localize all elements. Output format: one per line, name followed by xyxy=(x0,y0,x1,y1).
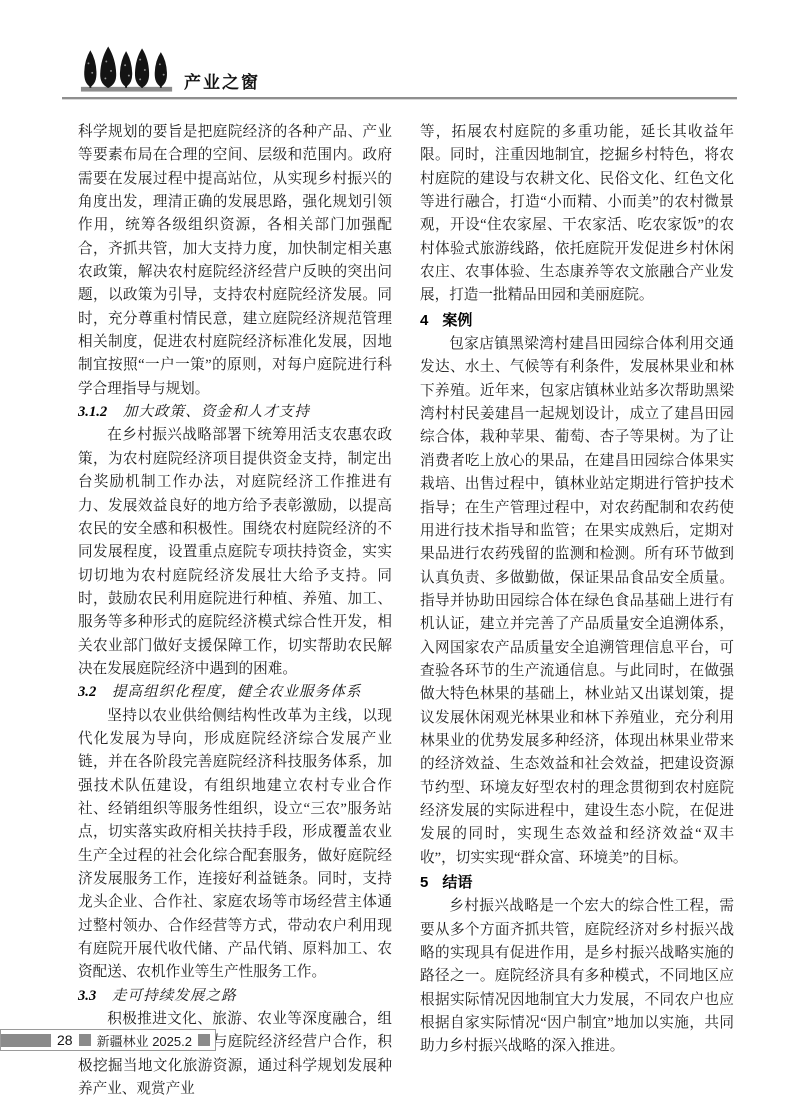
footer-bar xyxy=(1,1034,51,1047)
page-number: 28 xyxy=(57,1032,73,1048)
journal-issue: 新疆林业 2025.2 xyxy=(97,1031,192,1050)
section-heading-5: 5结语 xyxy=(420,871,734,894)
paragraph: 坚持以农业供给侧结构性改革为主线，以现代化发展为导向，形成庭院经济综合发展产业链… xyxy=(78,705,392,985)
paragraph: 包家店镇黑梁湾村建昌田园综合体利用交通发达、水土、气候等有利条件，发展林果业和林… xyxy=(420,333,734,870)
masthead-title: 产业之窗 xyxy=(184,74,260,94)
section-heading-3-3: 3.3 走可持续发展之路 xyxy=(78,985,392,1008)
section-number: 4 xyxy=(420,312,428,329)
section-number: 5 xyxy=(420,874,428,891)
section-heading-3-2: 3.2 提高组织化程度，健全农业服务体系 xyxy=(78,681,392,704)
section-title: 提高组织化程度，健全农业服务体系 xyxy=(112,684,362,700)
footer-square-icon xyxy=(79,1034,91,1046)
section-heading-3-1-2: 3.1.2 加大政策、资金和人才支持 xyxy=(78,401,392,424)
paragraph: 在乡村振兴战略部署下统筹用活支农惠农政策，为农村庭院经济项目提供资金支持，制定出… xyxy=(78,424,392,681)
section-number: 3.3 xyxy=(78,988,96,1004)
section-title: 走可持续发展之路 xyxy=(112,988,237,1004)
article-body: 科学规划的要旨是把庭院经济的各种产品、产业等要素布局在合理的空间、层级和范围内。… xyxy=(78,121,734,1099)
paragraph: 积极推进文化、旅游、农业等深度融合，组织动员文旅经营主体与庭院经济经营户合作，积… xyxy=(78,1008,392,1099)
section-number: 3.2 xyxy=(78,684,96,700)
section-title: 案例 xyxy=(442,312,472,329)
left-column: 科学规划的要旨是把庭院经济的各种产品、产业等要素布局在合理的空间、层级和范围内。… xyxy=(78,121,392,1099)
right-column: 等，拓展农村庭院的多重功能，延长其收益年限。同时，注重因地制宜，挖掘乡村特色，将… xyxy=(420,121,734,1099)
journal-page: { "header": { "masthead_title": "产业之窗" }… xyxy=(0,0,805,1099)
header-rule xyxy=(62,97,737,100)
section-title: 结语 xyxy=(442,874,472,891)
page-footer: 28 新疆林业 2025.2 xyxy=(0,1029,216,1051)
section-title: 加大政策、资金和人才支持 xyxy=(123,404,310,420)
section-number: 3.1.2 xyxy=(78,404,107,420)
masthead: 产业之窗 xyxy=(80,44,260,94)
footer-square-icon xyxy=(198,1034,210,1046)
paragraph: 科学规划的要旨是把庭院经济的各种产品、产业等要素布局在合理的空间、层级和范围内。… xyxy=(78,121,392,401)
paragraph: 乡村振兴战略是一个宏大的综合性工程，需要从多个方面齐抓共管，庭院经济对乡村振兴战… xyxy=(420,895,734,1058)
trees-logo-icon xyxy=(80,44,174,94)
paragraph: 等，拓展农村庭院的多重功能，延长其收益年限。同时，注重因地制宜，挖掘乡村特色，将… xyxy=(420,121,734,308)
section-heading-4: 4案例 xyxy=(420,309,734,332)
